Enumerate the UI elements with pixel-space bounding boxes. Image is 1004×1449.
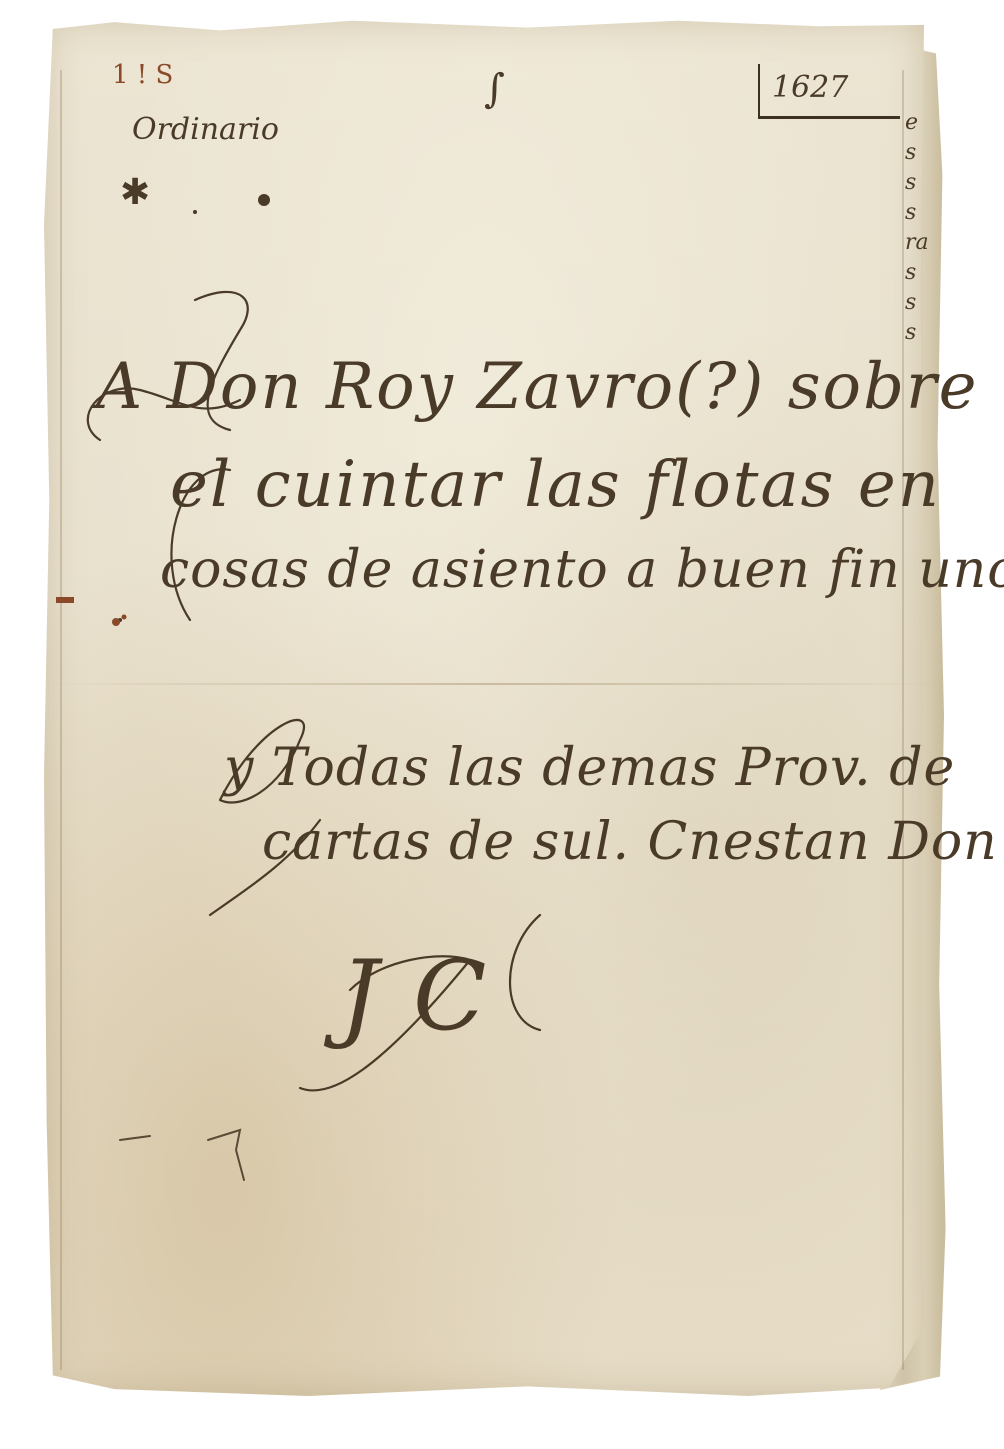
- ink-flourishes: [0, 0, 1004, 1449]
